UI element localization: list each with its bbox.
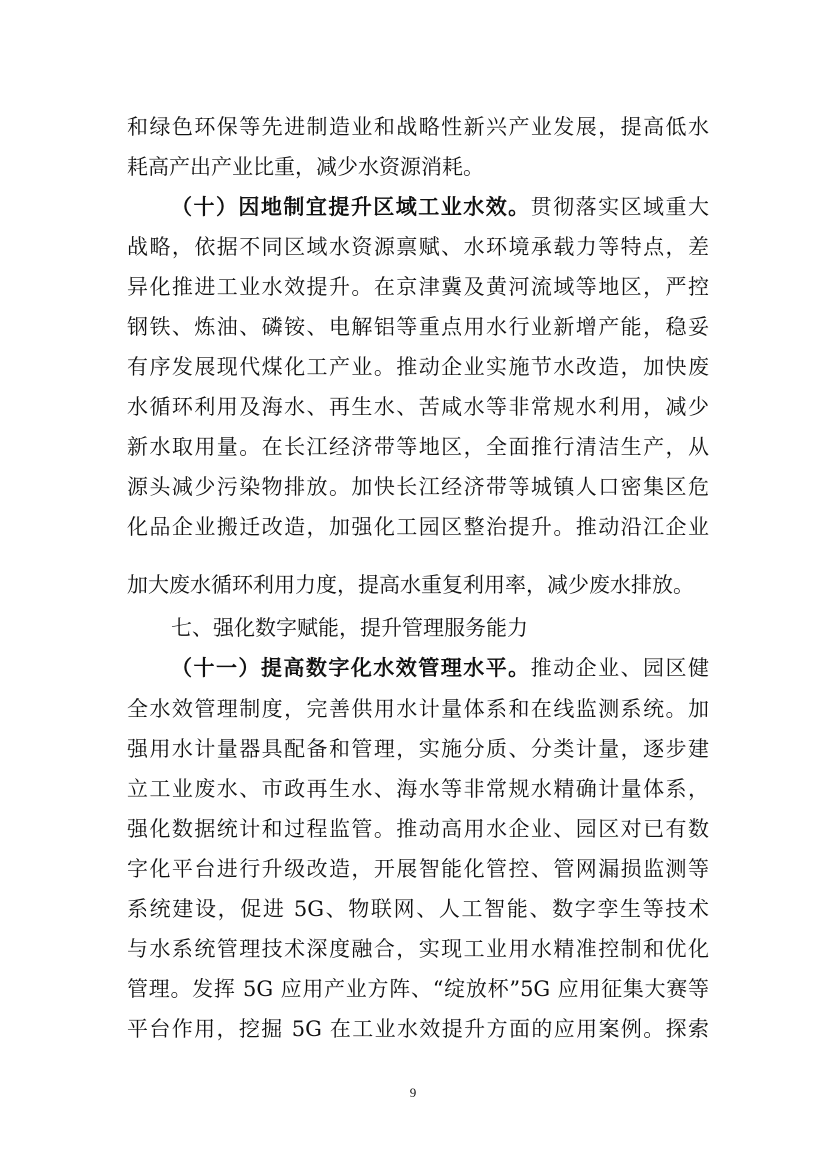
- section-10-paragraph-start: （十）因地制宜提升区域工业水效。贯彻落实区域重大: [171, 192, 709, 222]
- body-line: 加大废水循环利用力度，提高水重复利用率，减少废水排放。: [127, 570, 709, 600]
- body-line: 全水效管理制度，完善供用水计量体系和在线监测系统。加: [127, 694, 709, 724]
- body-line: 源头减少污染物排放。加快长江经济带等城镇人口密集区危: [127, 472, 709, 502]
- body-line: 字化平台进行升级改造，开展智能化管控、管网漏损监测等: [127, 854, 709, 884]
- body-line: 新水取用量。在长江经济带等地区，全面推行清洁生产，从: [127, 432, 709, 462]
- body-line: 战略，依据不同区域水资源禀赋、水环境承载力等特点，差: [127, 232, 709, 262]
- body-line: 和绿色环保等先进制造业和战略性新兴产业发展，提高低水: [127, 112, 709, 142]
- body-line: 管理。发挥 5G 应用产业方阵、“绽放杯”5G 应用征集大赛等: [127, 974, 709, 1004]
- page-number: 9: [0, 1085, 826, 1101]
- chapter-7-heading: 七、强化数字赋能，提升管理服务能力: [171, 613, 709, 643]
- body-line: 异化推进工业水效提升。在京津冀及黄河流域等地区，严控: [127, 272, 709, 302]
- body-line: 水循环利用及海水、再生水、苦咸水等非常规水利用，减少: [127, 392, 709, 422]
- body-line: 钢铁、炼油、磷铵、电解铝等重点用水行业新增产能，稳妥: [127, 312, 709, 342]
- body-line: 立工业废水、市政再生水、海水等非常规水精确计量体系，: [127, 774, 709, 804]
- section-10-title: （十）因地制宜提升区域工业水效。: [171, 194, 531, 219]
- body-text: 推动企业、园区健: [531, 656, 709, 680]
- body-line: 耗高产出产业比重，减少水资源消耗。: [127, 152, 709, 182]
- body-text: 贯彻落实区域重大: [531, 195, 709, 219]
- body-line: 与水系统管理技术深度融合，实现工业用水精准控制和优化: [127, 934, 709, 964]
- body-line: 系统建设，促进 5G、物联网、人工智能、数字孪生等技术: [127, 894, 709, 924]
- body-line: 化品企业搬迁改造，加强化工园区整治提升。推动沿江企业: [127, 512, 709, 542]
- body-line: 强用水计量器具配备和管理，实施分质、分类计量，逐步建: [127, 734, 709, 764]
- document-page: 和绿色环保等先进制造业和战略性新兴产业发展，提高低水 耗高产出产业比重，减少水资…: [0, 0, 826, 1169]
- body-line: 有序发展现代煤化工产业。推动企业实施节水改造，加快废: [127, 352, 709, 382]
- body-line: 强化数据统计和过程监管。推动高用水企业、园区对已有数: [127, 814, 709, 844]
- section-11-title: （十一）提高数字化水效管理水平。: [171, 655, 531, 680]
- section-11-paragraph-start: （十一）提高数字化水效管理水平。推动企业、园区健: [171, 653, 709, 683]
- body-line: 平台作用，挖掘 5G 在工业水效提升方面的应用案例。探索: [127, 1014, 709, 1044]
